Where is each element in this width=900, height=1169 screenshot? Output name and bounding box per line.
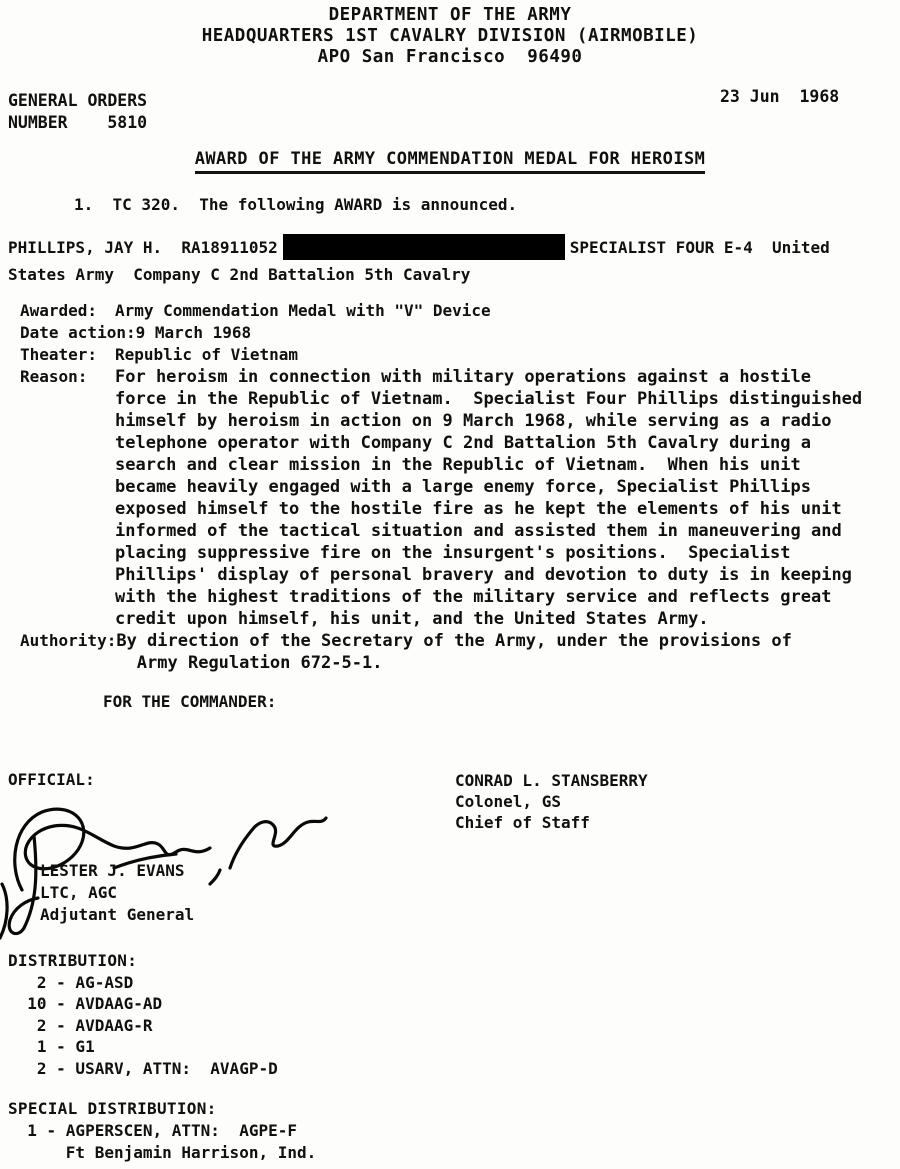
chief-of-staff-name: CONRAD L. STANSBERRY (455, 770, 648, 791)
authority-label: Authority: (20, 630, 116, 652)
date-action-value: 9 March 1968 (136, 322, 252, 344)
distribution-item: 1 - G1 (8, 1036, 278, 1058)
scanned-general-orders-page: DEPARTMENT OF THE ARMY HEADQUARTERS 1ST … (0, 0, 900, 1169)
theater-value: Republic of Vietnam (115, 344, 298, 366)
authority-text: By direction of the Secretary of the Arm… (116, 630, 792, 674)
letterhead-headquarters: HEADQUARTERS 1ST CAVALRY DIVISION (AIRMO… (0, 26, 900, 47)
general-orders-block: GENERAL ORDERS NUMBER 5810 (8, 90, 147, 134)
awarded-row: Awarded: Army Commendation Medal with "V… (20, 300, 892, 322)
announcement-paragraph: 1. TC 320. The following AWARD is announ… (74, 195, 517, 214)
adjutant-title: Adjutant General (40, 904, 194, 926)
letterhead: DEPARTMENT OF THE ARMY HEADQUARTERS 1ST … (0, 5, 900, 68)
recipient-line1: PHILLIPS, JAY H. RA18911052SPECIALIST FO… (8, 234, 830, 261)
title-row: AWARD OF THE ARMY COMMENDATION MEDAL FOR… (0, 149, 900, 174)
redaction-block (283, 234, 565, 260)
adjutant-rank: LTC, AGC (40, 882, 194, 904)
chief-of-staff-rank: Colonel, GS (455, 791, 648, 812)
award-details: Awarded: Army Commendation Medal with "V… (20, 300, 892, 674)
special-distribution-item: Ft Benjamin Harrison, Ind. (8, 1142, 316, 1164)
recipient-unit: States Army Company C 2nd Battalion 5th … (8, 261, 830, 288)
order-date: 23 Jun 1968 (720, 87, 839, 106)
special-distribution-block: SPECIAL DISTRIBUTION: 1 - AGPERSCEN, ATT… (8, 1098, 316, 1164)
letterhead-department: DEPARTMENT OF THE ARMY (0, 5, 900, 26)
date-action-row: Date action: 9 March 1968 (20, 322, 892, 344)
adjutant-general-block: LESTER J. EVANS LTC, AGC Adjutant Genera… (40, 860, 194, 926)
awarded-value: Army Commendation Medal with "V" Device (115, 300, 491, 322)
awarded-label: Awarded: (20, 300, 115, 322)
reason-row: Reason: For heroism in connection with m… (20, 366, 892, 630)
chief-of-staff-block: CONRAD L. STANSBERRY Colonel, GS Chief o… (455, 770, 648, 833)
distribution-block: DISTRIBUTION: 2 - AG-ASD 10 - AVDAAG-AD … (8, 950, 278, 1080)
distribution-heading: DISTRIBUTION: (8, 950, 278, 972)
recipient-rank: SPECIALIST FOUR E-4 United (570, 238, 830, 257)
reason-text: For heroism in connection with military … (115, 366, 862, 630)
special-distribution-item: 1 - AGPERSCEN, ATTN: AGPE-F (8, 1120, 316, 1142)
recipient-name-serial: PHILLIPS, JAY H. RA18911052 (8, 238, 278, 257)
recipient-block: PHILLIPS, JAY H. RA18911052SPECIALIST FO… (8, 234, 830, 288)
theater-row: Theater: Republic of Vietnam (20, 344, 892, 366)
distribution-item: 2 - AG-ASD (8, 972, 278, 994)
adjutant-name: LESTER J. EVANS (40, 860, 194, 882)
special-distribution-heading: SPECIAL DISTRIBUTION: (8, 1098, 316, 1120)
distribution-item: 10 - AVDAAG-AD (8, 993, 278, 1015)
date-action-label: Date action: (20, 322, 136, 344)
document-title: AWARD OF THE ARMY COMMENDATION MEDAL FOR… (195, 149, 705, 174)
for-the-commander: FOR THE COMMANDER: (103, 692, 276, 711)
distribution-item: 2 - AVDAAG-R (8, 1015, 278, 1037)
letterhead-apo: APO San Francisco 96490 (0, 47, 900, 68)
general-orders-line: GENERAL ORDERS (8, 90, 147, 112)
theater-label: Theater: (20, 344, 115, 366)
reason-label: Reason: (20, 366, 115, 388)
chief-of-staff-title: Chief of Staff (455, 812, 648, 833)
orders-number-line: NUMBER 5810 (8, 112, 147, 134)
distribution-item: 2 - USARV, ATTN: AVAGP-D (8, 1058, 278, 1080)
authority-row: Authority: By direction of the Secretary… (20, 630, 892, 674)
